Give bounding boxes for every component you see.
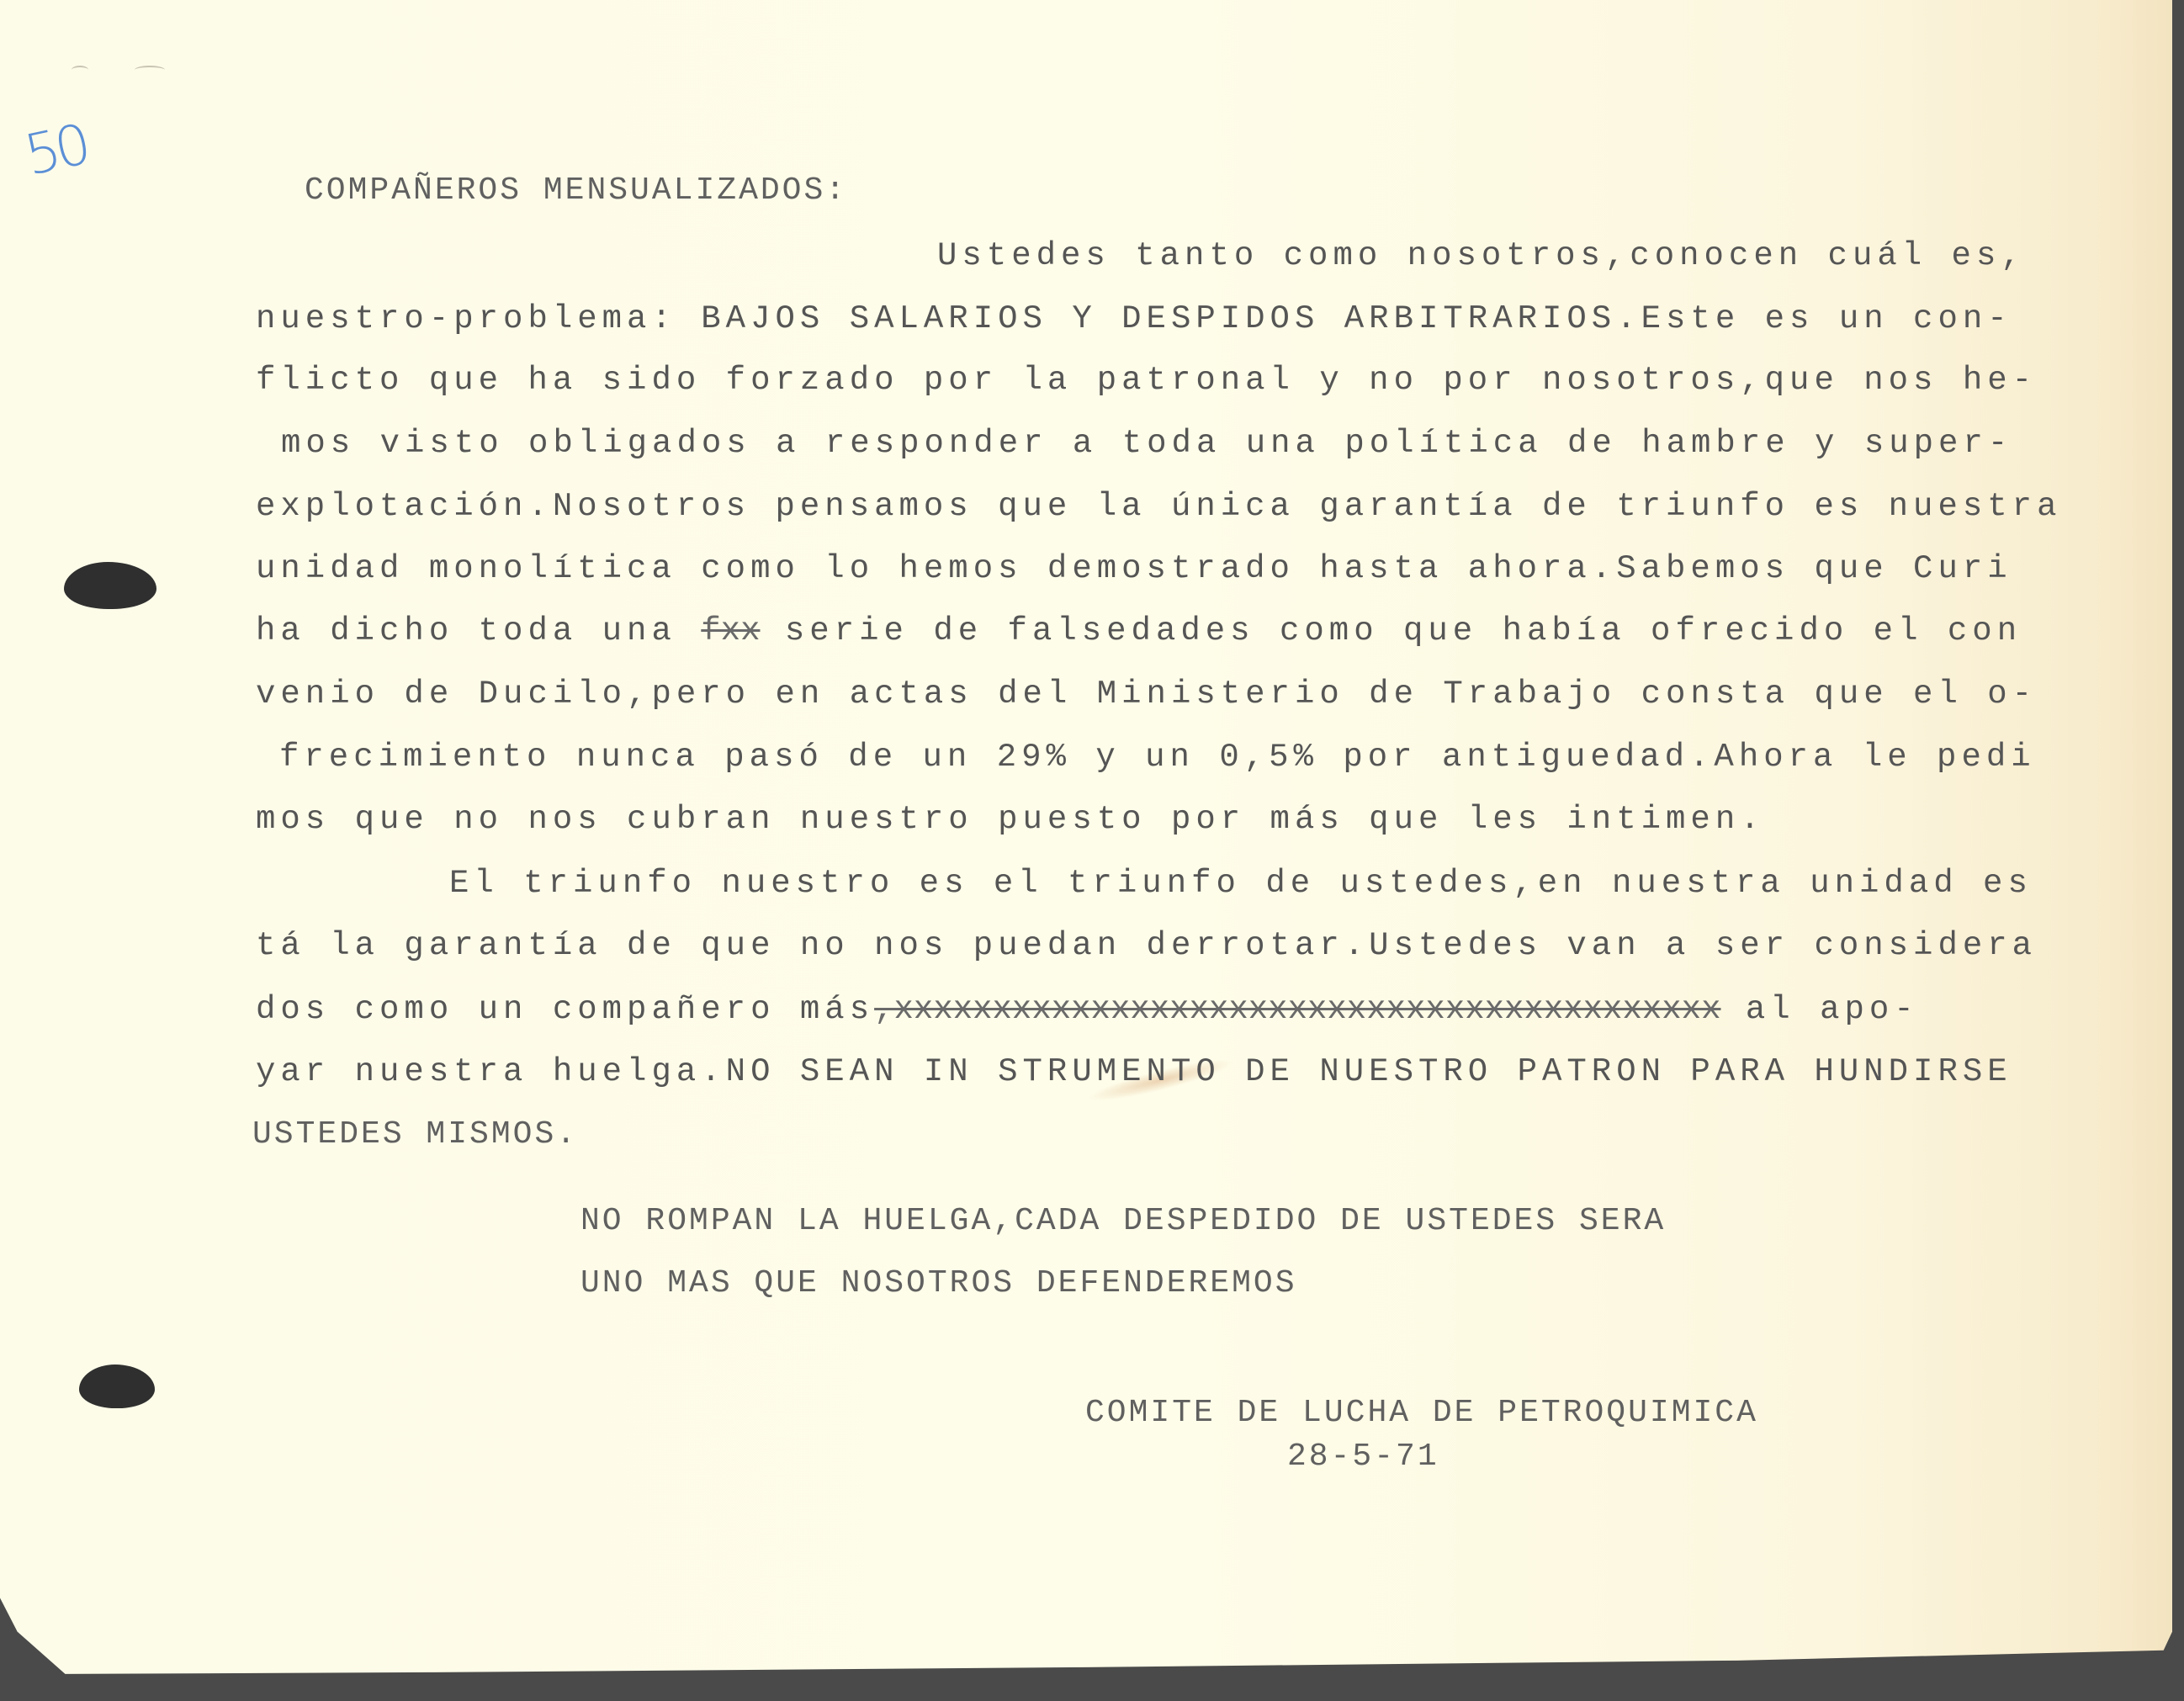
punch-hole-lower [79, 1365, 155, 1408]
punch-hole-upper [64, 562, 156, 609]
body-line: mos que no nos cubran nuestro puesto por… [256, 803, 1765, 836]
signature: COMITE DE LUCHA DE PETROQUIMICA [1085, 1395, 1758, 1431]
line-text: dos como un compañero más [256, 991, 874, 1028]
closing-line: UNO MAS QUE NOSOTROS DEFENDEREMOS [580, 1268, 1297, 1300]
paper-smudge [135, 66, 165, 74]
body-line: mos visto obligados a responder a toda u… [281, 427, 2012, 460]
body-line: explotación.Nosotros pensamos que la úni… [256, 490, 2061, 523]
struck-out-text: fxx [701, 612, 760, 649]
body-line-with-strikeout: dos como un compañero más,xxxxxxxxxxxxxx… [256, 994, 1919, 1026]
document-page: 50 COMPAÑEROS MENSUALIZADOS: Ustedes tan… [0, 0, 2172, 1691]
paper-smudge [72, 66, 88, 74]
salutation: COMPAÑEROS MENSUALIZADOS: [305, 175, 847, 207]
closing-line: NO ROMPAN LA HUELGA,CADA DESPEDIDO DE US… [580, 1206, 1666, 1237]
body-line: flicto que ha sido forzado por la patron… [256, 364, 2037, 397]
body-line: unidad monolítica como lo hemos demostra… [256, 553, 2012, 586]
body-line: tá la garantía de que no nos puedan derr… [256, 930, 2037, 962]
body-line: USTEDES MISMOS. [252, 1119, 578, 1151]
line-text: ha dicho toda una [256, 612, 701, 649]
line-text: al apo- [1720, 991, 1918, 1028]
body-line-paragraph-start: El triunfo nuestro es el triunfo de uste… [449, 867, 2033, 900]
struck-out-text: ,xxxxxxxxxxxxxxxxxxxxxxxxxxxxxxxxxxxxxxx… [874, 991, 1720, 1028]
body-line: venio de Ducilo,pero en actas del Minist… [256, 678, 2037, 711]
line-text: serie de falsedades como que había ofrec… [761, 612, 2022, 649]
body-line: Ustedes tanto como nosotros,conocen cuál… [937, 240, 2026, 273]
body-line-with-strikeout: ha dicho toda una fxx serie de falsedade… [256, 615, 2022, 648]
handwritten-page-number: 50 [19, 112, 92, 188]
body-line: nuestro-problema: BAJOS SALARIOS Y DESPI… [256, 303, 2012, 336]
body-line: frecimiento nunca pasó de un 29% y un 0,… [279, 741, 2036, 774]
date: 28-5-71 [1287, 1439, 1439, 1475]
body-line: yar nuestra huelga.NO SEAN IN STRUMENTO … [256, 1056, 2012, 1089]
